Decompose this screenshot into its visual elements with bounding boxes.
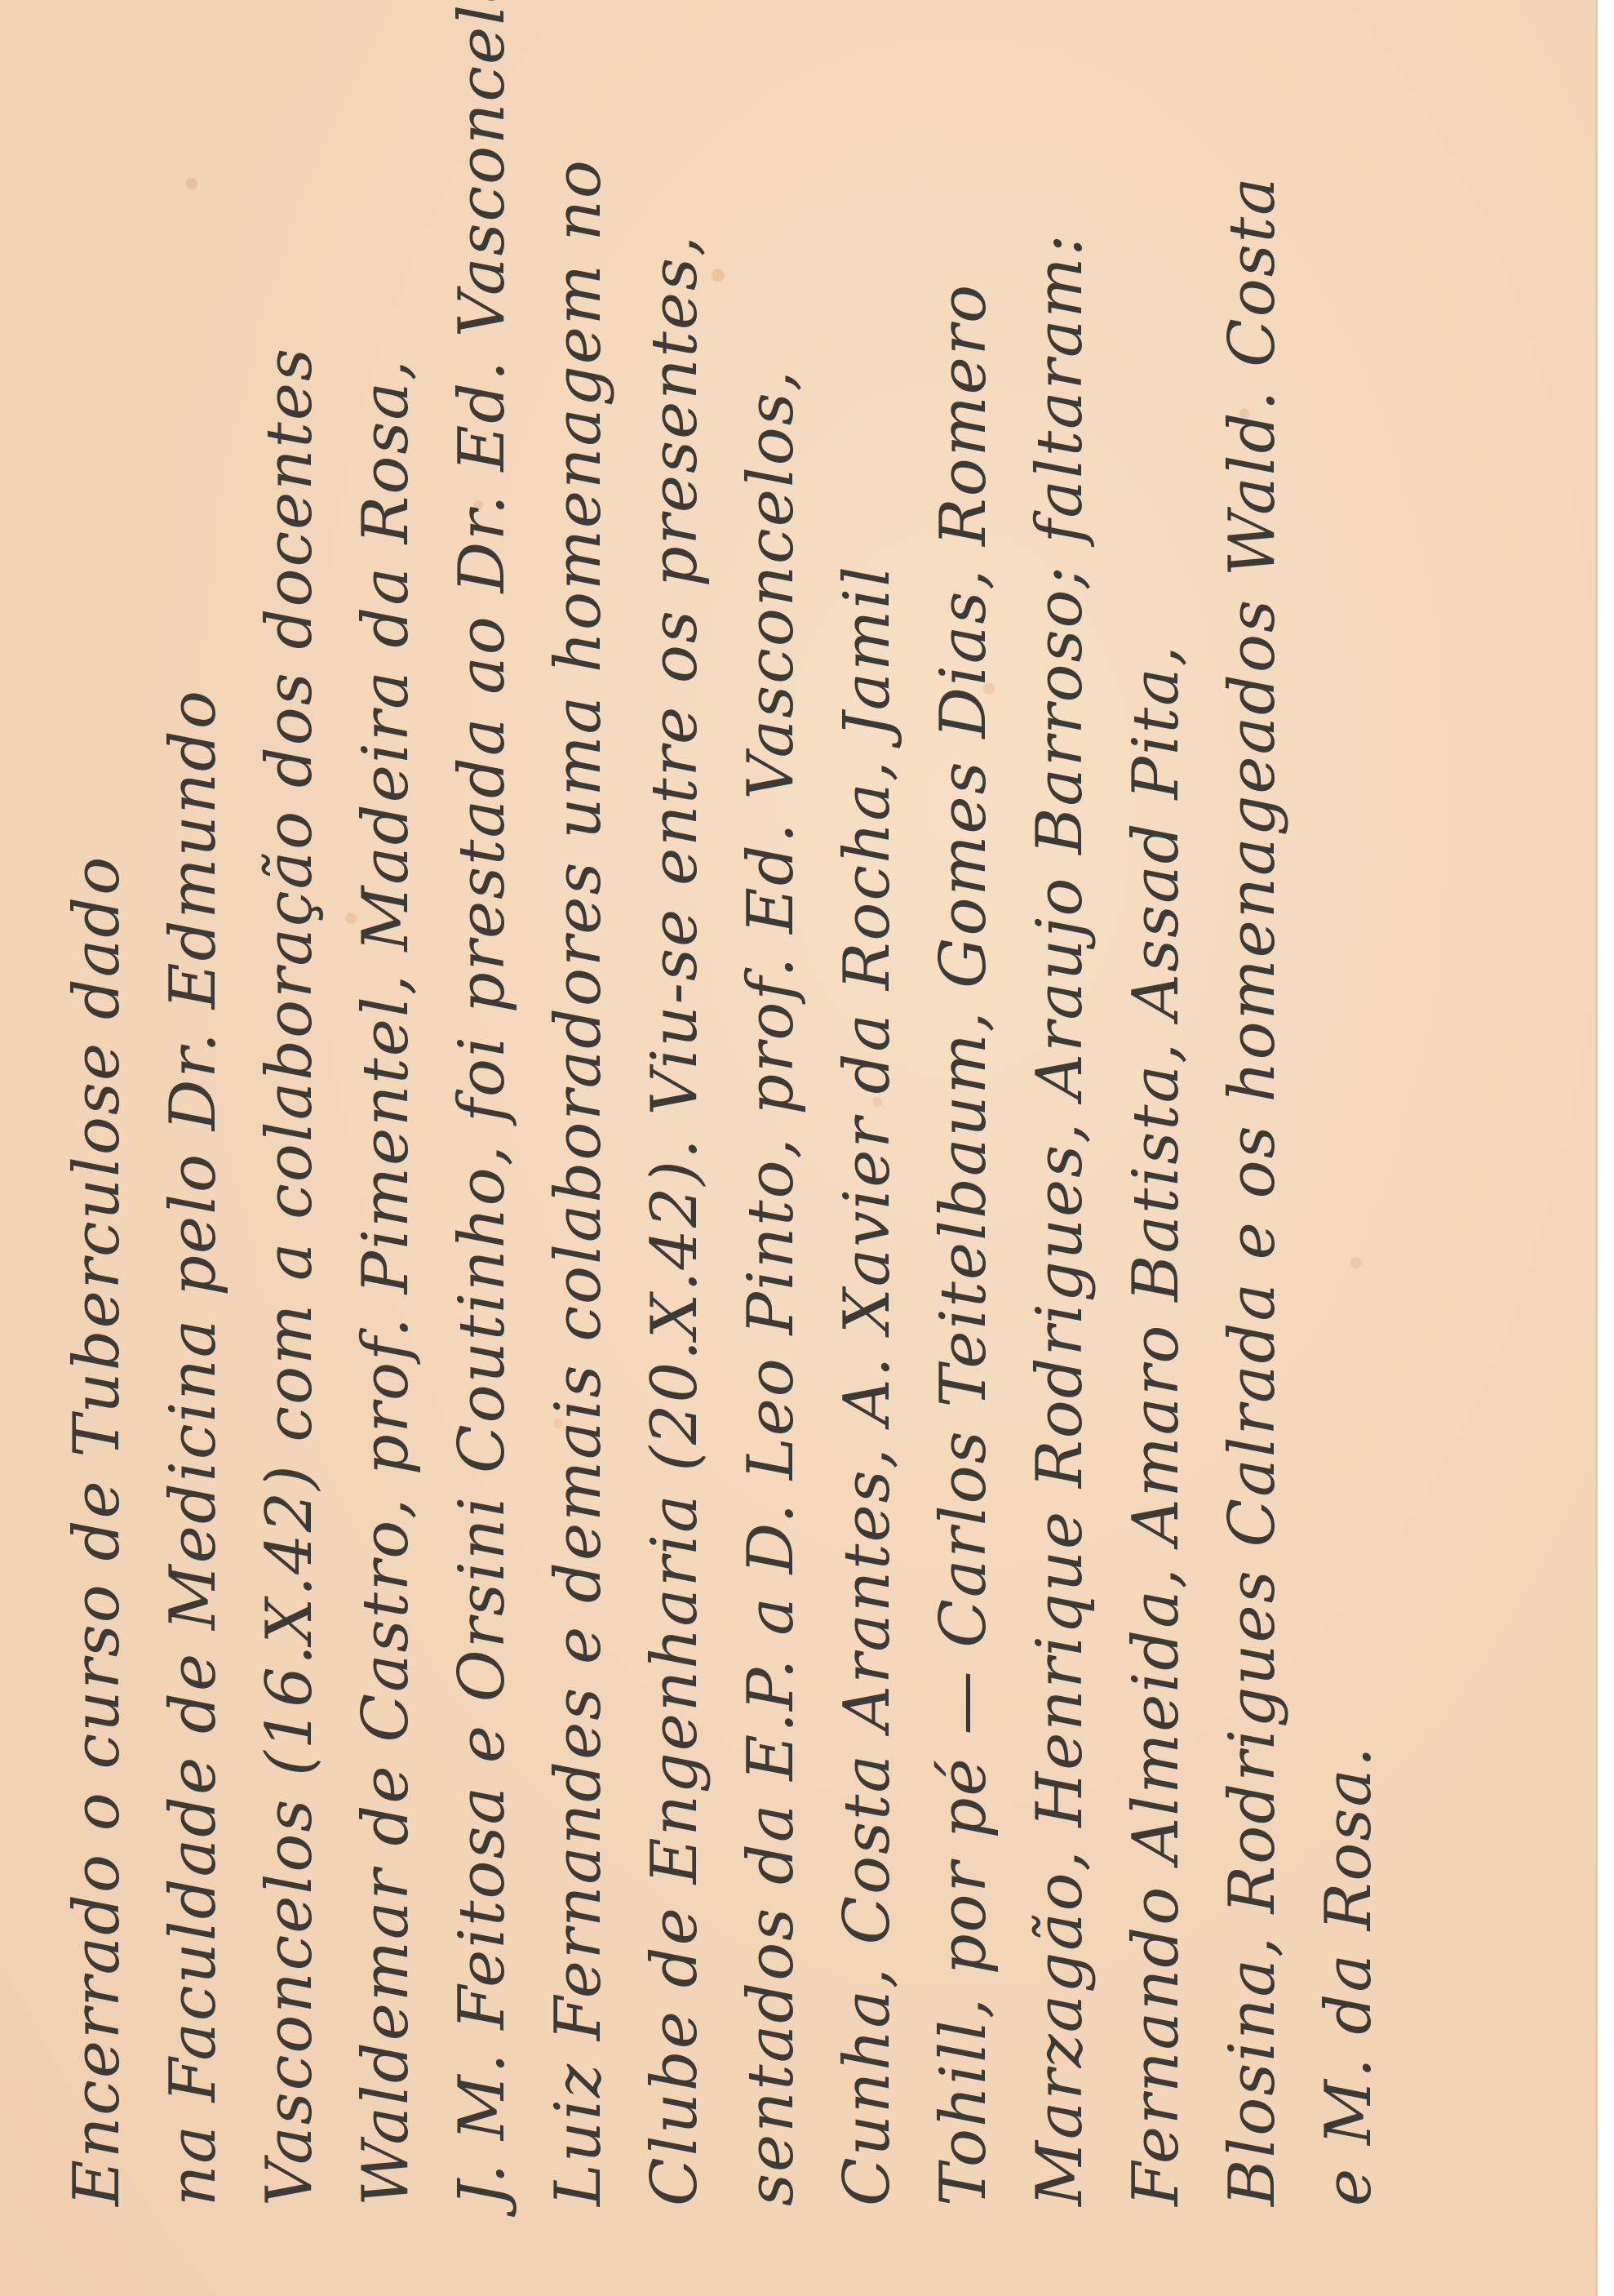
text-line: Vasconcelos (16.X.42) com a colaboração … xyxy=(242,65,338,2206)
text-line: na Faculdade de Medicina pelo Dr. Edmund… xyxy=(145,65,242,2206)
text-line: e M. da Rosa. xyxy=(1301,65,1397,2206)
text-line: Blosina, Rodrigues Calrada e os homenage… xyxy=(1204,65,1301,2206)
text-line: Marzagão, Henrique Rodrigues, Araujo Bar… xyxy=(1012,65,1108,2206)
text-line: Clube de Engenharia (20.X.42). Viu-se en… xyxy=(627,65,723,2206)
text-line: Fernando Almeida, Amaro Batista, Assad P… xyxy=(1108,65,1204,2206)
handwritten-lines: Encerrado o curso de Tuberculose dado na… xyxy=(49,65,1397,2206)
text-line: Tohill, por pé — Carlos Teitelbaum, Gome… xyxy=(916,65,1012,2206)
paper-sheet: Encerrado o curso de Tuberculose dado na… xyxy=(0,0,1598,2296)
text-line: Luiz Fernandes e demais colaboradores um… xyxy=(530,65,627,2206)
text-line: J. M. Feitosa e Orsini Coutinho, foi pre… xyxy=(434,65,530,2206)
text-line: Waldemar de Castro, prof. Pimentel, Made… xyxy=(338,65,434,2206)
text-line: Cunha, Costa Arantes, A. Xavier da Rocha… xyxy=(819,65,916,2206)
rotated-text-block: Encerrado o curso de Tuberculose dado na… xyxy=(0,0,1614,2296)
text-line: sentados da E.P. a D. Leo Pinto, prof. E… xyxy=(723,65,819,2206)
text-line: Encerrado o curso de Tuberculose dado xyxy=(49,65,145,2206)
